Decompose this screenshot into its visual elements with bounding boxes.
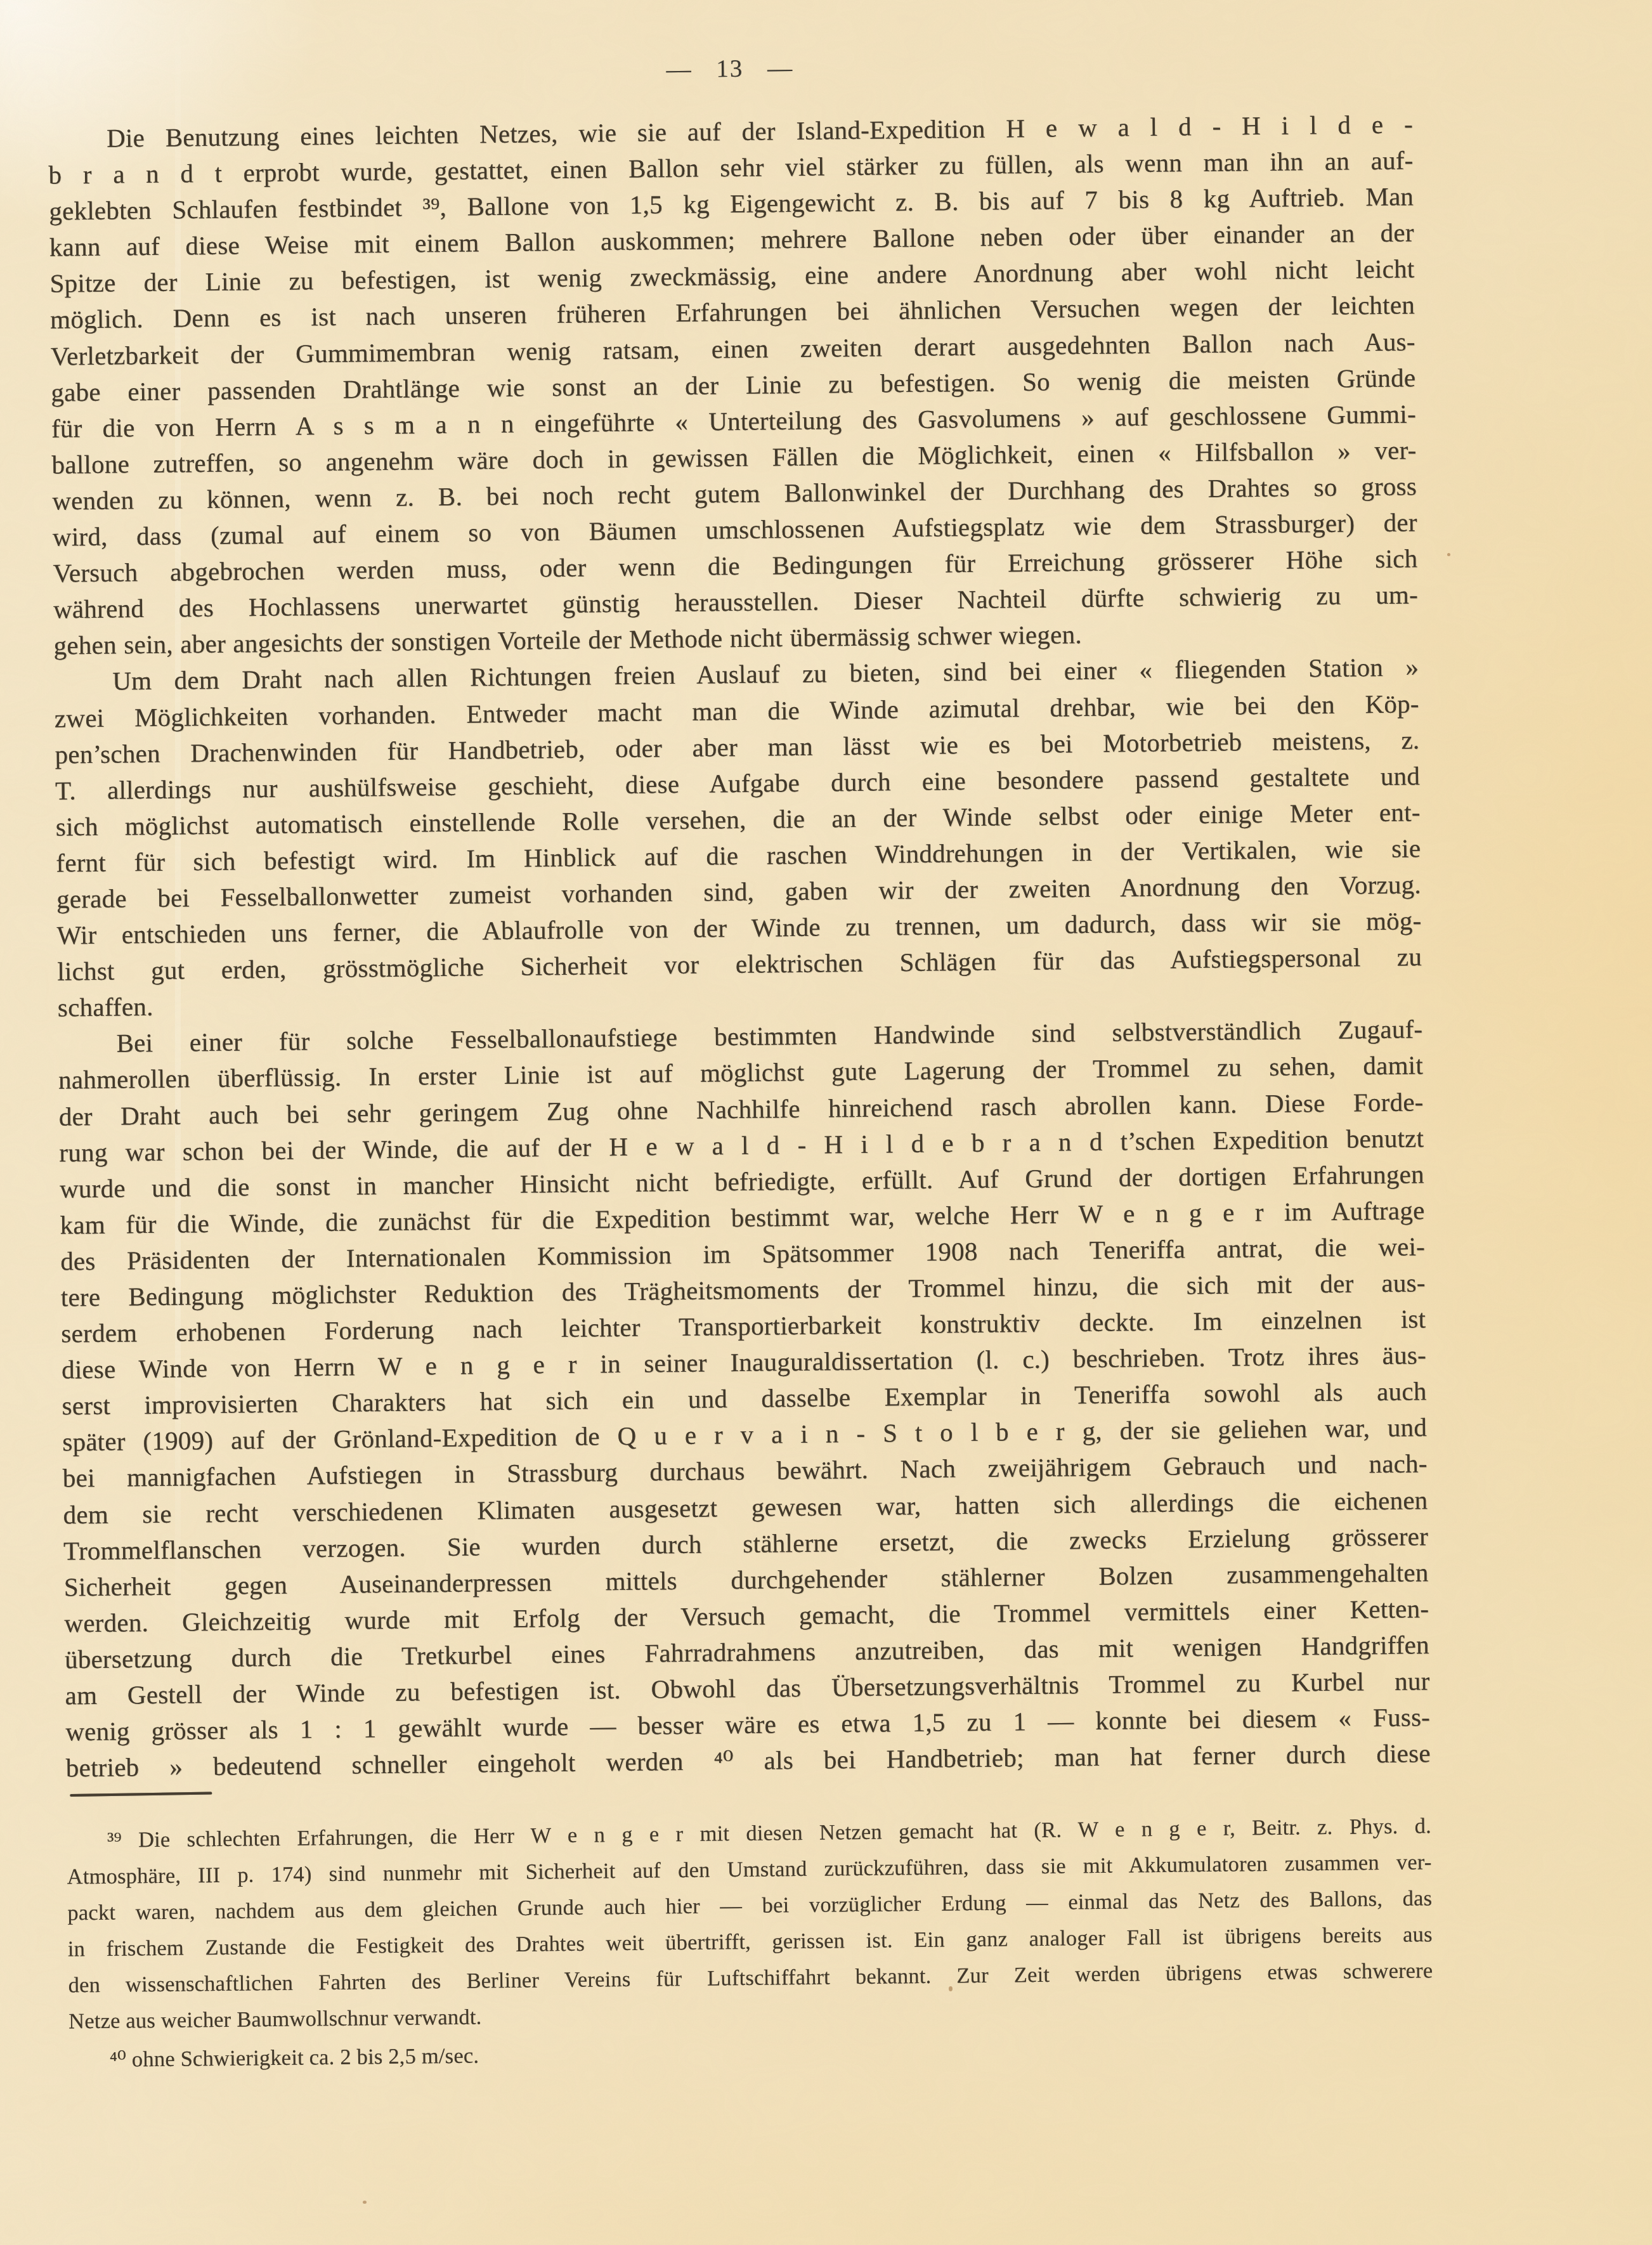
- text-sheet: — 13 — Die Benutzung eines leichten Netz…: [47, 0, 1434, 2079]
- paragraph: Um dem Draht nach allen Richtungen freie…: [54, 649, 1422, 1026]
- body-text: Die Benutzung eines leichten Netzes, wie…: [48, 106, 1431, 1786]
- footnotes: ³⁹ Die schlechten Erfahrungen, die Herr …: [67, 1809, 1434, 2079]
- page-number: — 13 —: [48, 47, 1412, 90]
- paper-speck: [363, 2201, 367, 2204]
- paragraph: Bei einer für solche Fesselballonaufstie…: [58, 1012, 1431, 1786]
- paragraph: Die Benutzung eines leichten Netzes, wie…: [48, 106, 1419, 664]
- footnote: ³⁹ Die schlechten Erfahrungen, die Herr …: [67, 1809, 1434, 2040]
- footnote-separator: [70, 1792, 212, 1797]
- scanned-page: — 13 — Die Benutzung eines leichten Netz…: [0, 0, 1652, 2245]
- paper-speck: [1447, 553, 1450, 556]
